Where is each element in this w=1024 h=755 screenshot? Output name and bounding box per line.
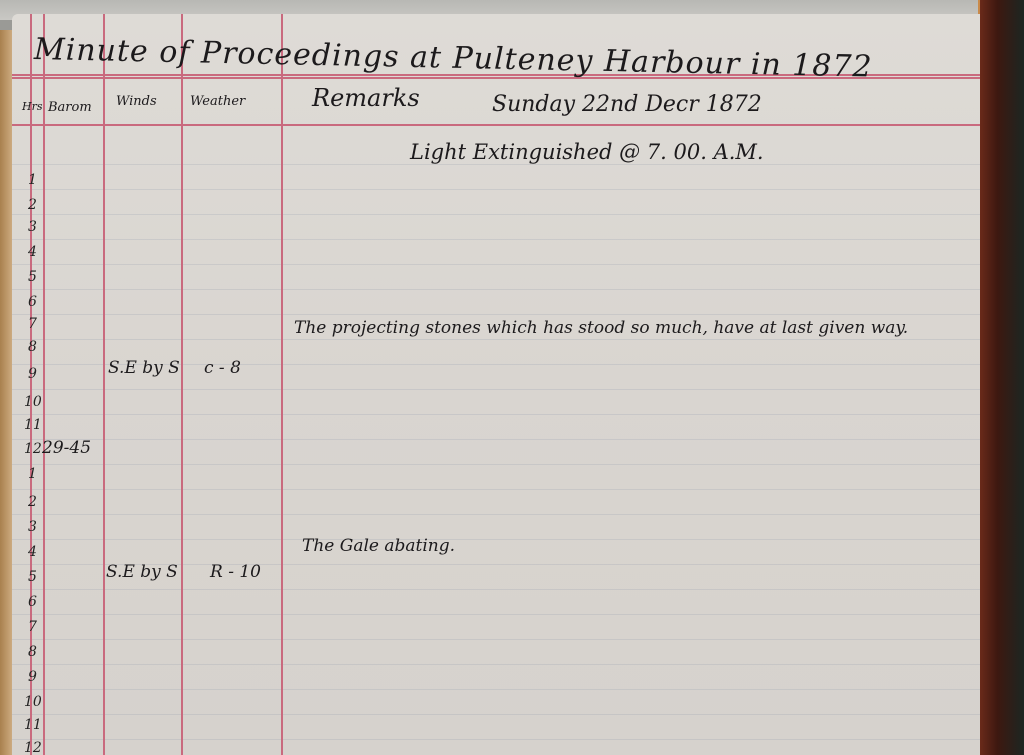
header-bottom-rule	[12, 124, 980, 126]
remarks-entry: The projecting stones which has stood so…	[294, 316, 974, 340]
hour-column-rule	[43, 14, 45, 755]
faint-rule	[12, 439, 980, 440]
hour-label: 4	[28, 544, 37, 560]
barometer-reading: 29-45	[42, 438, 91, 458]
hour-label: 1	[28, 172, 37, 188]
faint-rule	[12, 739, 980, 740]
weather-entry: c - 8	[204, 358, 241, 378]
faint-rule	[12, 689, 980, 690]
hour-label: 11	[24, 417, 42, 433]
faint-rule	[12, 664, 980, 665]
hour-label: 2	[28, 494, 37, 510]
faint-rule	[12, 314, 980, 315]
faint-rule	[12, 539, 980, 540]
hour-label: 2	[28, 197, 37, 213]
faint-rule	[12, 639, 980, 640]
hour-label: 6	[28, 594, 37, 610]
faint-rule	[12, 239, 980, 240]
book-cover	[980, 0, 1024, 755]
hour-label: 8	[28, 339, 37, 355]
hour-label: 3	[28, 219, 37, 235]
faint-rule	[12, 264, 980, 265]
weather-entry: R - 10	[210, 562, 261, 582]
hour-label: 10	[24, 694, 42, 710]
column-header-winds: Winds	[116, 94, 157, 109]
faint-rule	[12, 589, 980, 590]
column-header-hour: Hrs	[22, 100, 43, 113]
remarks-entry: The Gale abating.	[302, 536, 455, 556]
faint-rule	[12, 514, 980, 515]
faint-rule	[12, 164, 980, 165]
winds-entry: S.E by S	[106, 562, 178, 582]
faint-rule	[12, 714, 980, 715]
column-header-barometer: Barom	[48, 100, 92, 115]
hour-label: 5	[28, 569, 37, 585]
hour-label: 6	[28, 294, 37, 310]
date-heading: Sunday 22nd Decr 1872	[492, 92, 762, 117]
faint-rule	[12, 214, 980, 215]
hour-label: 9	[28, 366, 37, 382]
faint-rule	[12, 464, 980, 465]
hour-label: 7	[28, 619, 37, 635]
hour-label: 12	[24, 441, 42, 457]
hour-label: 4	[28, 244, 37, 260]
faint-rule	[12, 489, 980, 490]
weather-column-rule	[281, 14, 283, 755]
faint-rule	[12, 389, 980, 390]
faint-rule	[12, 289, 980, 290]
hour-label: 12	[24, 740, 42, 755]
faint-rule	[12, 414, 980, 415]
column-header-remarks: Remarks	[312, 84, 420, 112]
faint-rule	[12, 614, 980, 615]
hour-label: 10	[24, 394, 42, 410]
light-extinguished-note: Light Extinguished @ 7. 00. A.M.	[410, 140, 764, 164]
hour-label: 5	[28, 269, 37, 285]
winds-entry: S.E by S	[108, 358, 180, 378]
hour-label: 3	[28, 519, 37, 535]
winds-column-rule	[181, 14, 183, 755]
hour-label: 11	[24, 717, 42, 733]
barometer-column-rule	[103, 14, 105, 755]
faint-rule	[12, 189, 980, 190]
hour-label: 9	[28, 669, 37, 685]
hour-label: 7	[28, 316, 37, 332]
hour-label: 8	[28, 644, 37, 660]
column-header-weather: Weather	[190, 94, 245, 109]
hour-label: 1	[28, 466, 37, 482]
ledger-page: Minute of Proceedings at Pulteney Harbou…	[12, 14, 980, 755]
